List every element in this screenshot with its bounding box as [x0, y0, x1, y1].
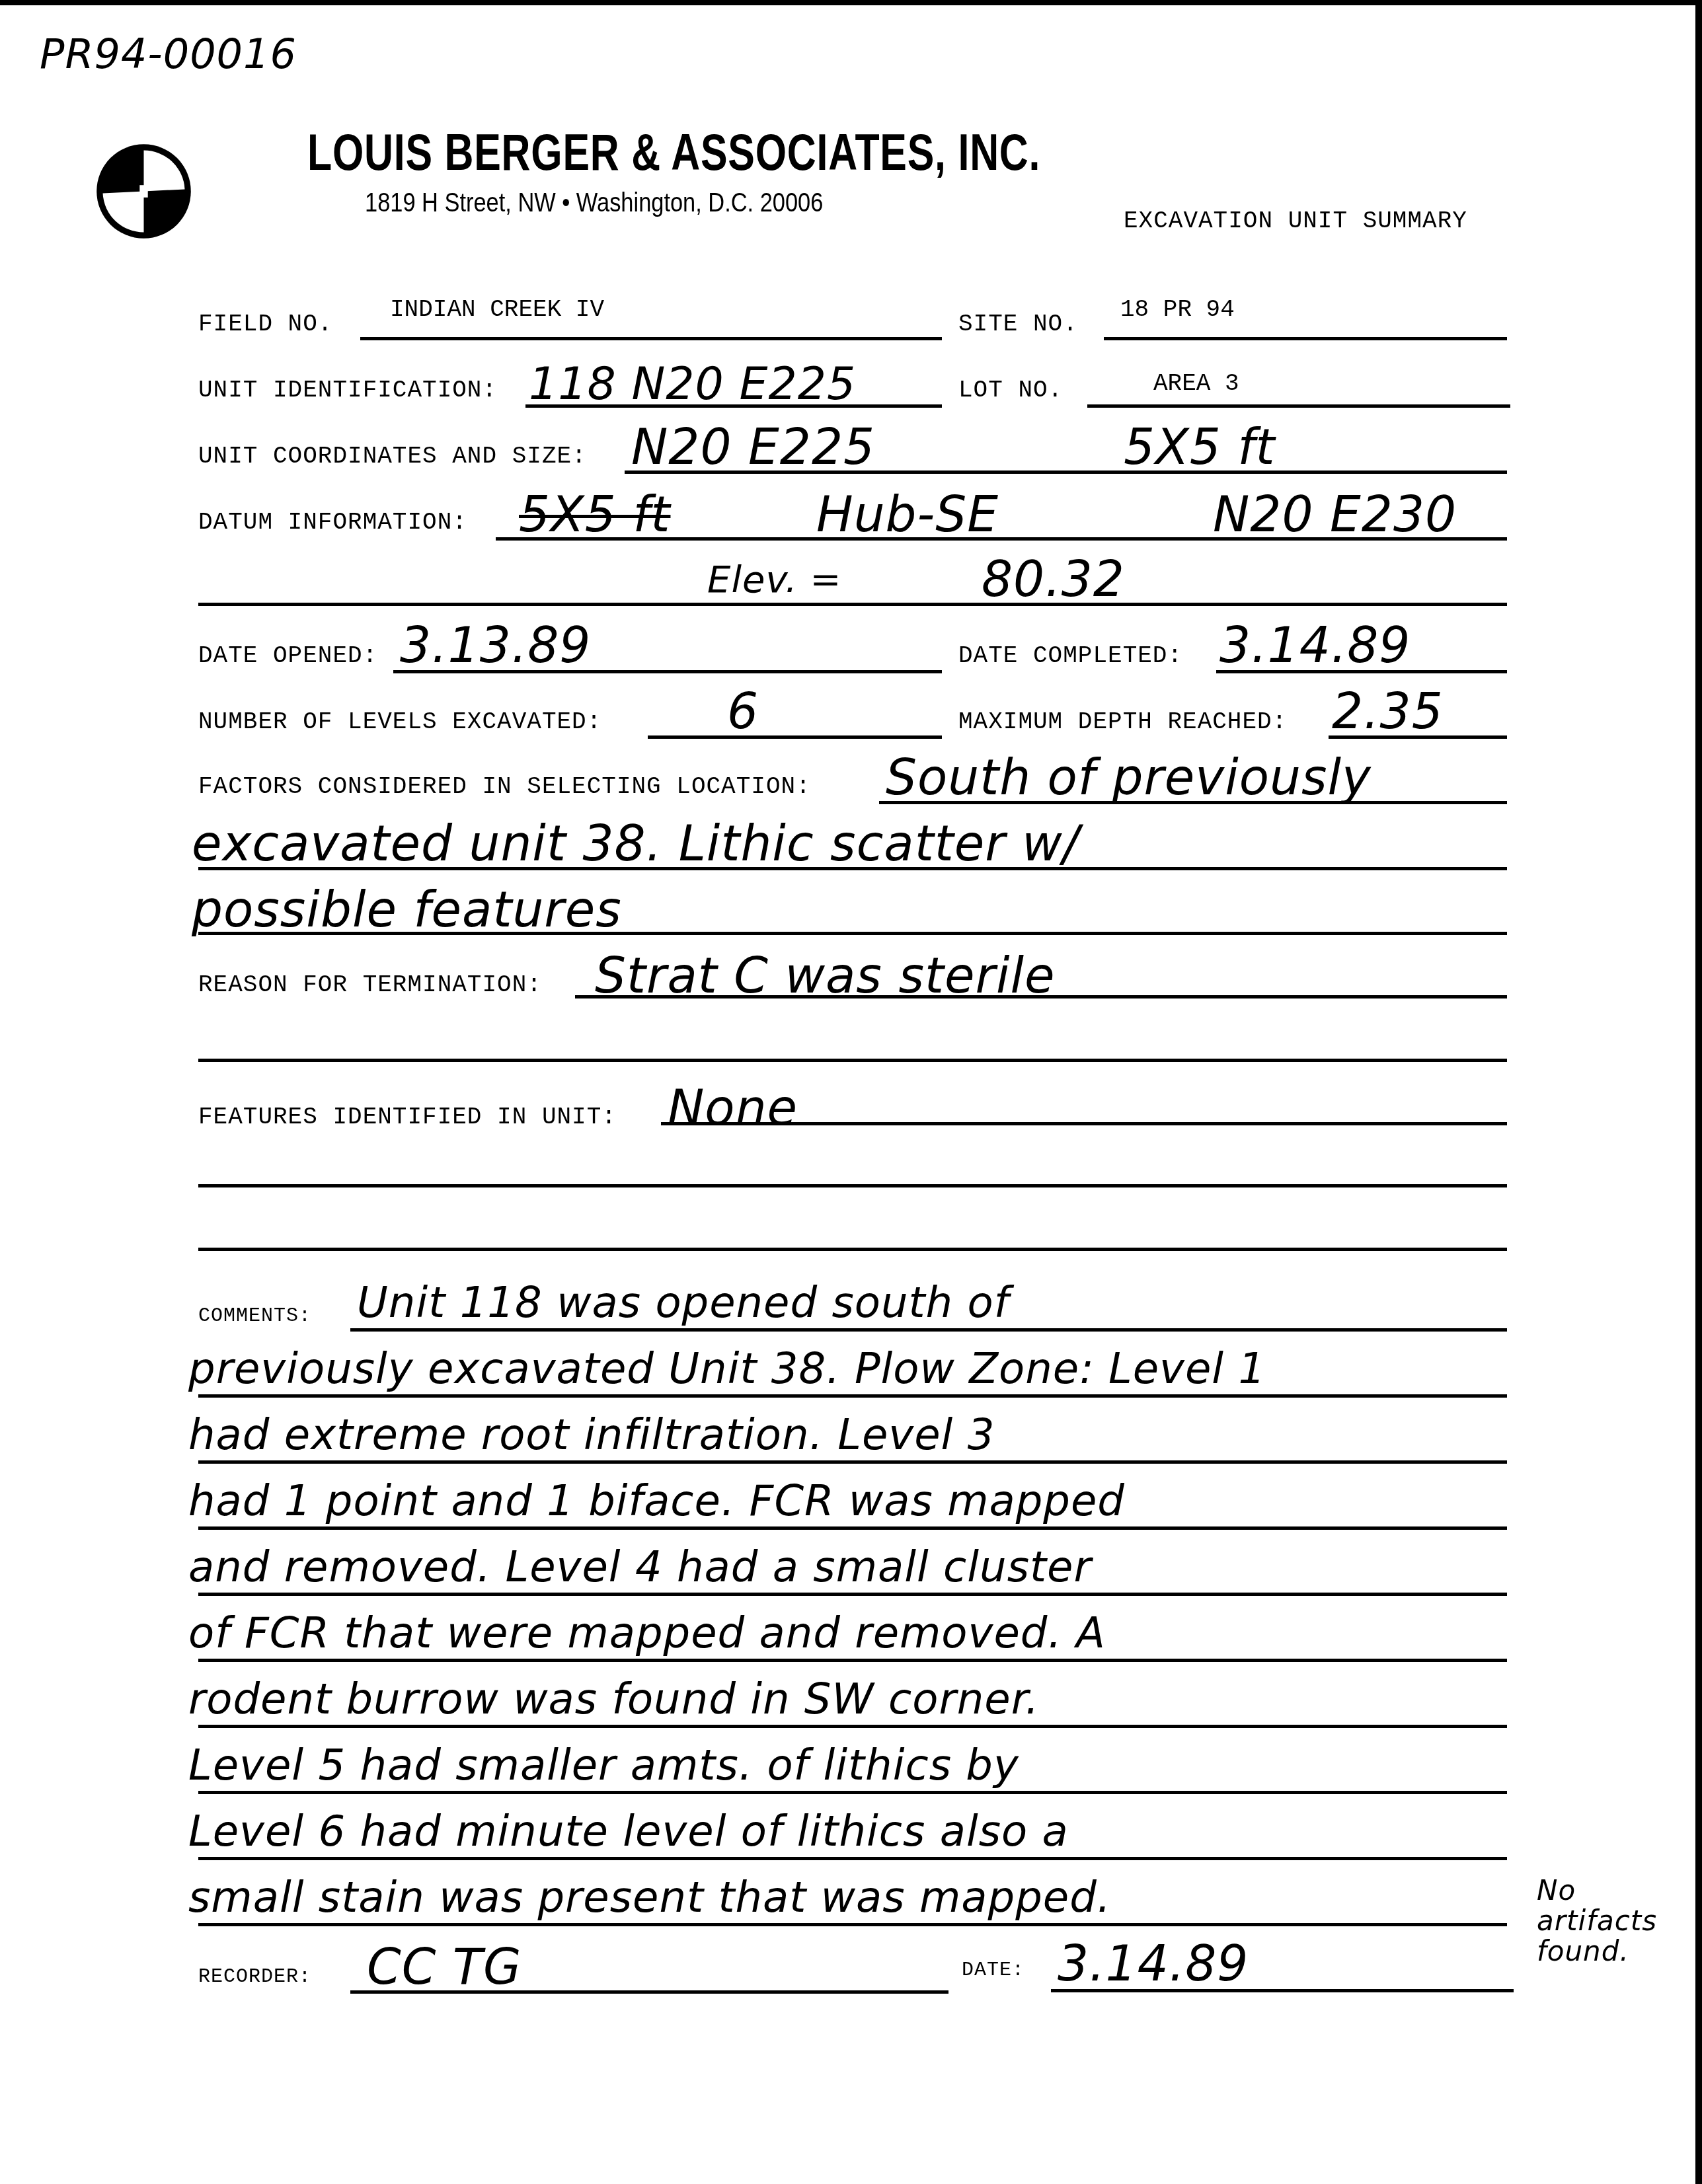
factors-considered-label: FACTORS CONSIDERED IN SELECTING LOCATION… [198, 773, 811, 800]
datum-second-line [198, 603, 1507, 606]
margin-note-line: No [1537, 1875, 1695, 1906]
field-no-line [360, 337, 942, 340]
maximum-depth-value: 2.35 [1332, 687, 1444, 736]
date-label: DATE: [962, 1959, 1025, 1982]
factors-underline-3 [198, 932, 1507, 935]
date-opened-line [393, 670, 942, 673]
site-no-value: 18 PR 94 [1120, 296, 1235, 323]
site-no-label: SITE NO. [958, 311, 1078, 338]
recorder-line [350, 1990, 948, 1994]
factors-underline-1 [879, 801, 1507, 804]
comment-line: previously excavated Unit 38. Plow Zone:… [188, 1348, 1266, 1390]
factors-line-2: excavated unit 38. Lithic scatter w/ [192, 819, 1080, 868]
unit-identification-value: 118 N20 E225 [529, 362, 856, 407]
features-extra-line-2 [198, 1248, 1507, 1251]
comment-underline [198, 1593, 1507, 1596]
company-address: 1819 H Street, NW • Washington, D.C. 200… [365, 188, 823, 218]
date-opened-value: 3.13.89 [400, 621, 591, 670]
excavation-unit-summary-form: PR94-00016 LOUIS BERGER & ASSOCIATES, IN… [0, 0, 1702, 2184]
date-value: 3.14.89 [1058, 1939, 1249, 1988]
comment-underline [198, 1857, 1507, 1860]
elevation-value: 80.32 [982, 555, 1125, 604]
date-completed-label: DATE COMPLETED: [958, 642, 1182, 669]
recorder-label: RECORDER: [198, 1966, 311, 1988]
comment-underline [198, 1460, 1507, 1464]
unit-coordinates-value: N20 E225 [631, 423, 875, 472]
scan-edge-top [0, 0, 1702, 5]
comment-line: of FCR that were mapped and removed. A [188, 1612, 1106, 1655]
elevation-label: Elev. = [707, 562, 842, 599]
lot-no-line [1087, 404, 1510, 408]
features-extra-line-1 [198, 1184, 1507, 1187]
margin-note-line: artifacts [1537, 1906, 1695, 1936]
maximum-depth-label: MAXIMUM DEPTH REACHED: [958, 708, 1287, 735]
datum-coords-value: N20 E230 [1213, 490, 1457, 539]
field-no-label: FIELD NO. [198, 311, 332, 338]
comment-underline [350, 1328, 1507, 1332]
unit-coordinates-label: UNIT COORDINATES AND SIZE: [198, 443, 587, 470]
date-completed-line [1216, 670, 1507, 673]
margin-note-line: found. [1537, 1936, 1695, 1967]
comment-line: had 1 point and 1 biface. FCR was mapped [188, 1480, 1125, 1523]
unit-coordinates-line [625, 471, 1507, 474]
comment-line: Level 5 had smaller amts. of lithics by [188, 1745, 1019, 1787]
date-completed-value: 3.14.89 [1219, 621, 1411, 670]
number-of-levels-value: 6 [727, 687, 759, 736]
reason-for-termination-value: Strat C was sterile [595, 952, 1056, 1000]
comments-margin-note: No artifacts found. [1537, 1875, 1695, 1967]
datum-struck-value: 5X5 ft [519, 490, 670, 539]
datum-information-line [496, 537, 1507, 541]
unit-identification-label: UNIT IDENTIFICATION: [198, 377, 497, 404]
lot-no-value: AREA 3 [1153, 370, 1239, 397]
comment-line: and removed. Level 4 had a small cluster [188, 1546, 1092, 1589]
reason-for-termination-line [575, 995, 1507, 998]
date-opened-label: DATE OPENED: [198, 642, 377, 669]
comment-underline [198, 1526, 1507, 1530]
datum-information-label: DATUM INFORMATION: [198, 509, 467, 536]
company-name: LOUIS BERGER & ASSOCIATES, INC. [307, 122, 1040, 182]
comments-label: COMMENTS: [198, 1305, 311, 1328]
form-title: EXCAVATION UNIT SUMMARY [1124, 207, 1467, 235]
features-identified-label: FEATURES IDENTIFIED IN UNIT: [198, 1104, 617, 1131]
reason-for-termination-label: REASON FOR TERMINATION: [198, 971, 542, 998]
features-identified-line [661, 1122, 1507, 1125]
lot-no-label: LOT NO. [958, 377, 1063, 404]
number-of-levels-label: NUMBER OF LEVELS EXCAVATED: [198, 708, 601, 735]
date-line [1051, 1989, 1514, 1992]
factors-underline-2 [198, 867, 1507, 870]
factors-line-3: possible features [192, 885, 622, 934]
site-no-line [1104, 337, 1507, 340]
comment-underline [198, 1923, 1507, 1926]
comment-line: Level 6 had minute level of lithics also… [188, 1811, 1069, 1853]
datum-hub-value: Hub-SE [816, 490, 999, 539]
maximum-depth-line [1329, 735, 1507, 739]
comment-line: had extreme root infiltration. Level 3 [188, 1414, 995, 1456]
comment-line: small stain was present that was mapped. [188, 1877, 1111, 1919]
number-of-levels-line [648, 735, 942, 739]
quartered-circle-logo-icon [93, 140, 195, 243]
unit-size-value: 5X5 ft [1124, 423, 1275, 472]
scan-edge-right [1695, 0, 1702, 2184]
reason-extra-line [198, 1059, 1507, 1062]
comment-line: rodent burrow was found in SW corner. [188, 1678, 1039, 1721]
comment-underline [198, 1725, 1507, 1728]
comment-line: Unit 118 was opened south of [357, 1282, 1009, 1324]
document-id: PR94-00016 [40, 30, 297, 78]
unit-identification-line [525, 404, 942, 408]
recorder-value: CC TG [367, 1943, 522, 1992]
comment-underline [198, 1659, 1507, 1662]
factors-line-1: South of previously [886, 753, 1372, 802]
comment-underline [198, 1394, 1507, 1398]
field-no-value: INDIAN CREEK IV [390, 296, 604, 323]
comment-underline [198, 1791, 1507, 1794]
